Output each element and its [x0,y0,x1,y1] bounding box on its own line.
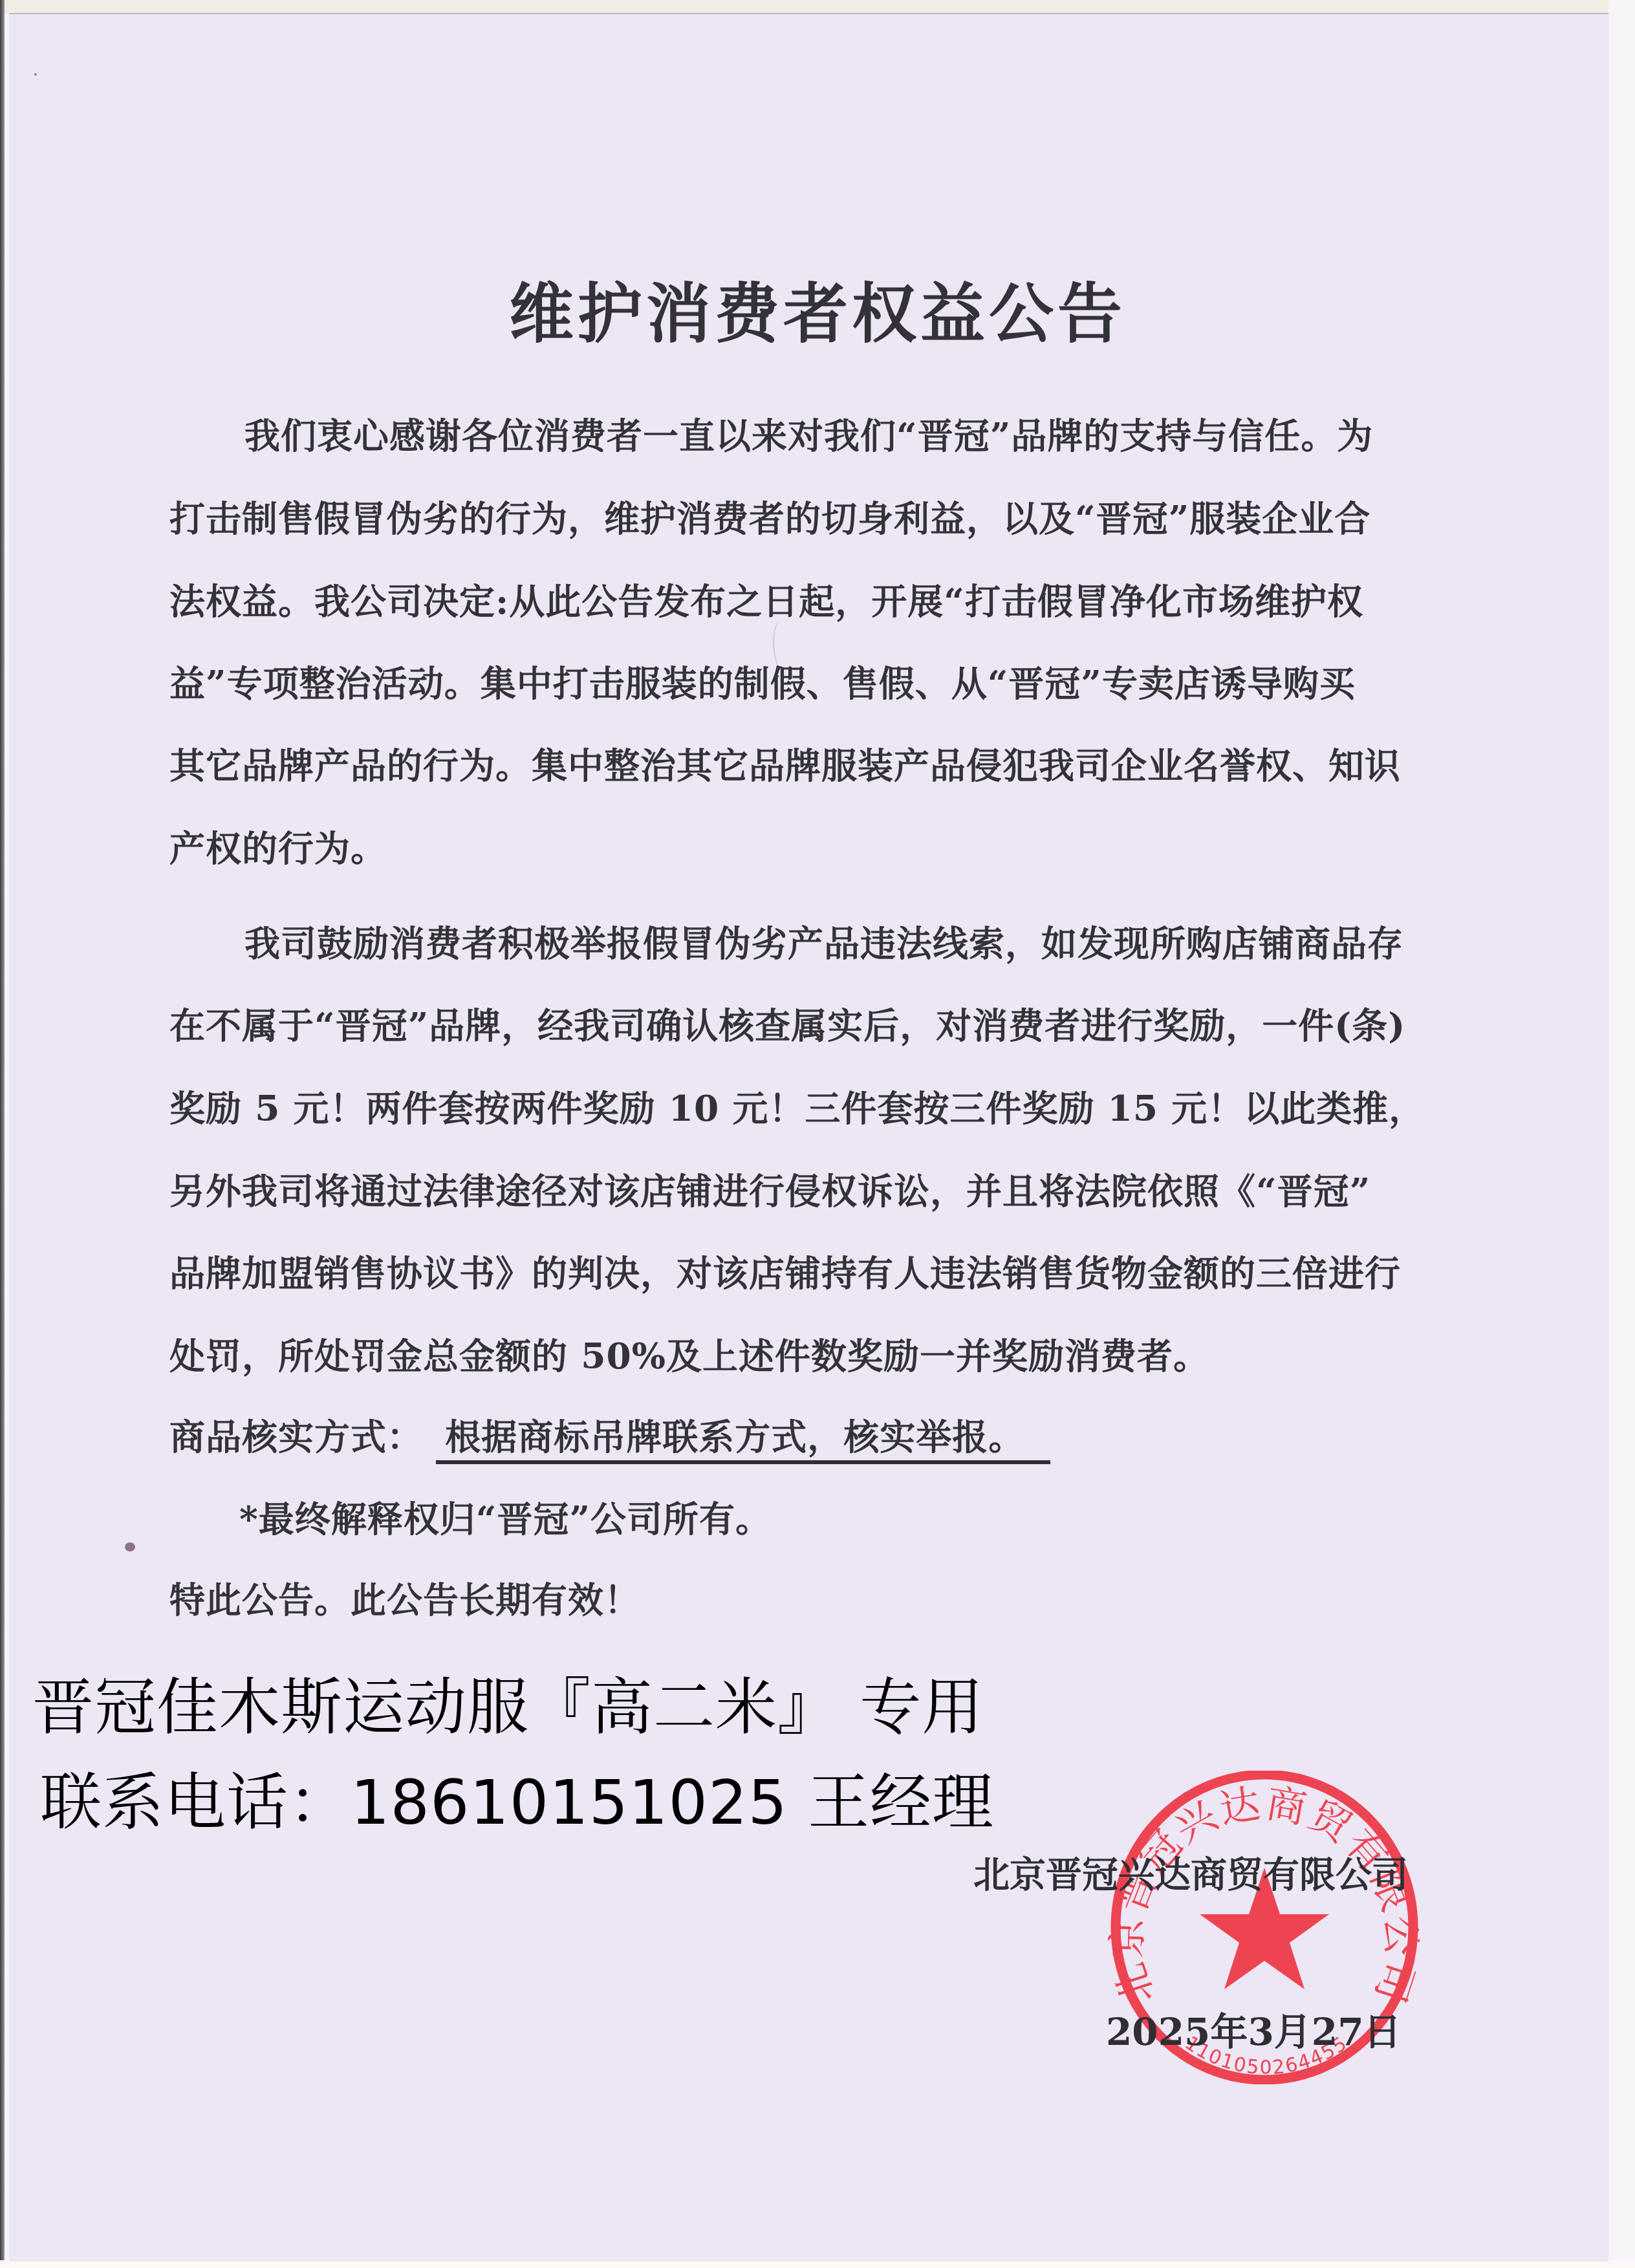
verification-label: 商品核实方式： [169,1416,423,1458]
ink-speck [34,73,37,76]
company-signature: 北京晋冠兴达商贸有限公司 [973,1846,1408,1898]
document-title: 维护消费者权益公告 [0,262,1635,355]
paragraph-1-line: 我们衷心感谢各位消费者一直以来对我们“晋冠”品牌的支持与信任。为 [244,407,1449,459]
paragraph-2-line: 我司鼓励消费者积极举报假冒伪劣产品违法线索，如发现所购店铺商品存 [244,915,1403,966]
disclaimer: *最终解释权归“晋冠”公司所有。 [239,1491,772,1542]
paragraph-2-line: 品牌加盟销售协议书》的判决，对该店铺持有人违法销售货物金额的三倍进行 [169,1245,1401,1296]
overlay-product-line: 晋冠佳木斯运动服『高二米』 专用 [32,1659,984,1747]
document-date: 2025年3月27日 [1106,2002,1402,2056]
verification-value: 根据商标吊牌联系方式，核实举报。 [436,1416,1050,1464]
paragraph-1-line: 法权益。我公司决定:从此公告发布之日起，开展“打击假冒净化市场维护权 [169,573,1450,624]
paragraph-1-line: 益”专项整治活动。集中打击服装的制假、售假、从“晋冠”专卖店诱导购买 [169,655,1450,706]
paragraph-2-line: 在不属于“晋冠”品牌，经我司确认核查属实后，对消费者进行奖励，一件(条) [169,997,1405,1048]
paragraph-1-line: 产权的行为。 [169,820,387,871]
scan-top-margin [0,0,1608,13]
overlay-contact-phone: 联系电话：18610151025 王经理 [40,1754,994,1842]
paragraph-2-line: 奖励 5 元！两件套按两件奖励 10 元！三件套按三件奖励 15 元！以此类推， [169,1080,1425,1131]
verification-row: 商品核实方式： 根据商标吊牌联系方式，核实举报。 [169,1409,1050,1460]
ink-speck [125,1542,135,1551]
paragraph-2-line: 另外我司将通过法律途径对该店铺进行侵权诉讼，并且将法院依照《“晋冠” [169,1163,1370,1214]
paragraph-2-line: 处罚，所处罚金总金额的 50%及上述件数奖励一并奖励消费者。 [169,1328,1209,1379]
paragraph-1-line: 打击制售假冒伪劣的行为，维护消费者的切身利益，以及“晋冠”服装企业合 [169,490,1450,541]
closing-statement: 特此公告。此公告长期有效！ [169,1571,640,1623]
paragraph-1-line: 其它品牌产品的行为。集中整治其它品牌服装产品侵犯我司企业名誉权、知识 [169,737,1450,788]
